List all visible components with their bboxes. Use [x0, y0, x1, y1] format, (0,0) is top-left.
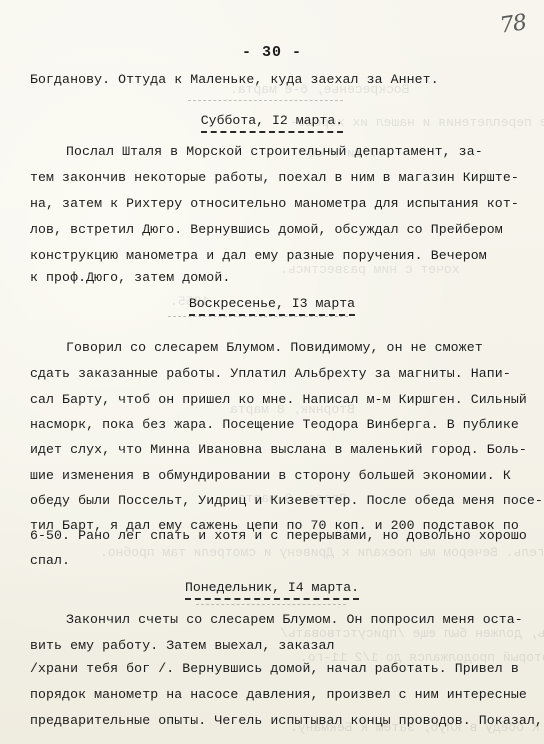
- section-heading: Суббота, I2 марта.: [0, 113, 544, 133]
- text-line: сал Барту, чтоб он пришел ко мне. Написа…: [30, 392, 527, 407]
- text-line: обеду были Поссельт, Уидриц и Кизеветтер…: [30, 493, 543, 508]
- section-heading: Понедельник, I4 марта.: [0, 580, 544, 600]
- text-line: Говорил со слесарем Блумом. Повидимому, …: [66, 340, 483, 355]
- text-line: к проф.Дюго, затем домой.: [30, 270, 230, 285]
- faint-divider: [168, 316, 348, 317]
- faint-divider: [188, 100, 343, 101]
- faint-divider: [196, 604, 346, 605]
- text-line: вить ему работу. Затем выехал, заказал: [30, 638, 335, 653]
- text-line: шие изменения в обмундировании в сторону…: [30, 468, 511, 483]
- text-line: насморк, пока без жара. Посещение Теодор…: [30, 417, 519, 432]
- text-line: Богданову. Оттуда к Маленьке, куда заеха…: [30, 72, 439, 87]
- text-line: спал.: [30, 553, 70, 568]
- section-heading-text: Воскресенье, I3 марта: [189, 296, 355, 316]
- text-line: Закончил счеты со слесарем Блумом. Он по…: [66, 612, 523, 627]
- text-line: сдать заказанные работы. Уплатил Альбрех…: [30, 366, 511, 381]
- text-line: порядок манометр на насосе давления, про…: [30, 687, 527, 702]
- section-heading-text: Суббота, I2 марта.: [201, 113, 343, 133]
- section-heading: Воскресенье, I3 марта: [0, 296, 544, 316]
- document-page: Воскресенье, 6-е марта. Испытывал все пе…: [0, 0, 544, 744]
- text-line: лов, встретил Дюго. Вернувшись домой, об…: [30, 222, 503, 237]
- bleed-through-text: и Чегель. Вечером мы поехали к Дривену и…: [100, 545, 544, 560]
- text-line: тем закончив некоторые работы, поехал в …: [30, 170, 519, 185]
- text-line: идет слух, что Минна Ивановна выслана в …: [30, 442, 527, 457]
- text-line: /храни тебя бог /. Вернувшись домой, нач…: [30, 661, 519, 676]
- bleed-through-text: хочет с ним развестись.: [280, 262, 459, 277]
- text-line: 6-50. Рано лег спать и хотя и с перерыва…: [30, 528, 527, 543]
- text-line: Послал Шталя в Морской строительный депа…: [66, 144, 483, 159]
- archive-page-mark: 78: [498, 10, 527, 38]
- text-line: предварительные опыты. Чегель испытывал …: [30, 713, 543, 728]
- section-heading-text: Понедельник, I4 марта.: [185, 580, 359, 600]
- text-line: конструкцию манометра и дал ему разные п…: [30, 248, 487, 263]
- text-line: на, затем к Рихтеру относительно маномет…: [30, 196, 519, 211]
- page-number: - 30 -: [0, 44, 544, 61]
